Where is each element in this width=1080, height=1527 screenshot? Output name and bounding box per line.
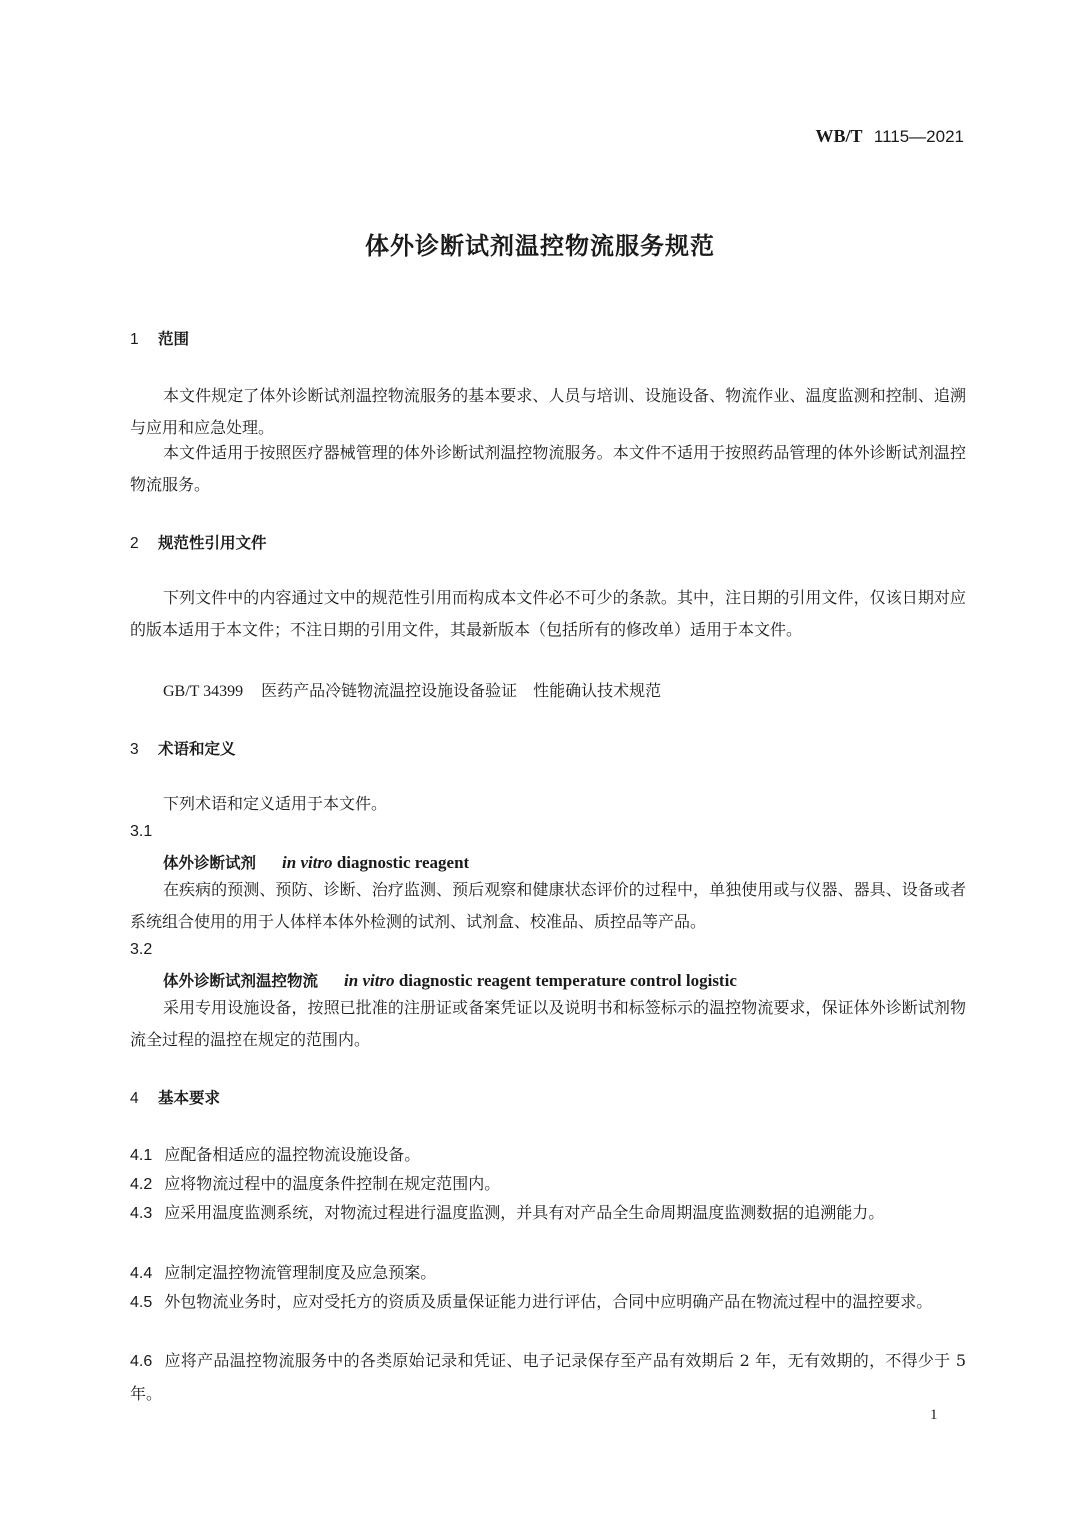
term-definition: 在疾病的预测、预防、诊断、治疗监测、预后观察和健康状态评价的过程中，单独使用或与… bbox=[130, 874, 966, 938]
item-number: 4.4 bbox=[130, 1265, 152, 1282]
reference-title: 医药产品冷链物流温控设施设备验证 性能确认技术规范 bbox=[261, 681, 661, 700]
term-zh: 体外诊断试剂 bbox=[163, 854, 256, 872]
standard-number: WB/T 1115—2021 bbox=[815, 126, 964, 147]
requirement-item: 4.6应将产品温控物流服务中的各类原始记录和凭证、电子记录保存至产品有效期后 2… bbox=[130, 1345, 966, 1410]
section-number: 3 bbox=[130, 741, 158, 759]
section-number: 2 bbox=[130, 535, 158, 553]
section-heading-1: 1范围 bbox=[130, 327, 189, 349]
term-en-italic: in vitro bbox=[282, 853, 333, 872]
term-en-italic: in vitro bbox=[344, 971, 395, 990]
term-definition: 采用专用设施设备，按照已批准的注册证或备案凭证以及说明书和标签标示的温控物流要求… bbox=[130, 992, 966, 1056]
standard-code: WB/T bbox=[815, 126, 862, 146]
term-en: in vitro diagnostic reagent temperature … bbox=[344, 971, 737, 990]
term-en-rest: diagnostic reagent bbox=[333, 853, 470, 872]
document-page: WB/T 1115—2021 体外诊断试剂温控物流服务规范 1范围 本文件规定了… bbox=[0, 0, 1080, 1527]
paragraph: 本文件规定了体外诊断试剂温控物流服务的基本要求、人员与培训、设施设备、物流作业、… bbox=[130, 380, 966, 444]
term-zh: 体外诊断试剂温控物流 bbox=[163, 972, 318, 990]
section-heading-2: 2规范性引用文件 bbox=[130, 531, 267, 553]
term-number: 3.2 bbox=[130, 941, 152, 959]
paragraph: 下列文件中的内容通过文中的规范性引用而构成本文件必不可少的条款。其中，注日期的引… bbox=[130, 582, 966, 646]
section-number: 4 bbox=[130, 1090, 158, 1108]
item-text: 应将物流过程中的温度条件控制在规定范围内。 bbox=[164, 1174, 500, 1193]
section-title: 术语和定义 bbox=[158, 740, 236, 758]
requirement-item: 4.5外包物流业务时，应对受托方的资质及质量保证能力进行评估，合同中应明确产品在… bbox=[130, 1286, 966, 1319]
item-number: 4.5 bbox=[130, 1294, 152, 1311]
requirement-item: 4.3应采用温度监测系统，对物流过程进行温度监测，并具有对产品全生命周期温度监测… bbox=[130, 1197, 966, 1230]
item-number: 4.3 bbox=[130, 1205, 152, 1222]
reference-code: GB/T 34399 bbox=[163, 683, 243, 700]
term-heading: 体外诊断试剂温控物流in vitro diagnostic reagent te… bbox=[163, 969, 737, 991]
section-number: 1 bbox=[130, 331, 158, 349]
section-title: 基本要求 bbox=[158, 1089, 220, 1107]
item-text: 应配备相适应的温控物流设施设备。 bbox=[164, 1145, 420, 1164]
paragraph: 本文件适用于按照医疗器械管理的体外诊断试剂温控物流服务。本文件不适用于按照药品管… bbox=[130, 437, 966, 501]
term-en: in vitro diagnostic reagent bbox=[282, 853, 469, 872]
term-number: 3.1 bbox=[130, 823, 152, 841]
section-title: 范围 bbox=[158, 330, 189, 348]
term-en-rest: diagnostic reagent temperature control l… bbox=[395, 971, 737, 990]
section-heading-3: 3术语和定义 bbox=[130, 737, 236, 759]
item-number: 4.1 bbox=[130, 1147, 152, 1164]
standard-year-number: 1115—2021 bbox=[874, 127, 964, 146]
paragraph: 下列术语和定义适用于本文件。 bbox=[130, 788, 966, 820]
item-text: 应制定温控物流管理制度及应急预案。 bbox=[164, 1263, 436, 1282]
section-title: 规范性引用文件 bbox=[158, 534, 267, 552]
section-heading-4: 4基本要求 bbox=[130, 1086, 220, 1108]
item-number: 4.2 bbox=[130, 1176, 152, 1193]
document-title: 体外诊断试剂温控物流服务规范 bbox=[0, 226, 1080, 261]
item-text: 外包物流业务时，应对受托方的资质及质量保证能力进行评估，合同中应明确产品在物流过… bbox=[164, 1292, 932, 1311]
item-text: 应将产品温控物流服务中的各类原始记录和凭证、电子记录保存至产品有效期后 2 年，… bbox=[130, 1351, 966, 1403]
item-number: 4.6 bbox=[130, 1353, 152, 1370]
item-text: 应采用温度监测系统，对物流过程进行温度监测，并具有对产品全生命周期温度监测数据的… bbox=[164, 1203, 884, 1222]
page-number: 1 bbox=[930, 1407, 938, 1424]
term-heading: 体外诊断试剂in vitro diagnostic reagent bbox=[163, 851, 469, 873]
normative-reference: GB/T 34399医药产品冷链物流温控设施设备验证 性能确认技术规范 bbox=[163, 678, 661, 701]
